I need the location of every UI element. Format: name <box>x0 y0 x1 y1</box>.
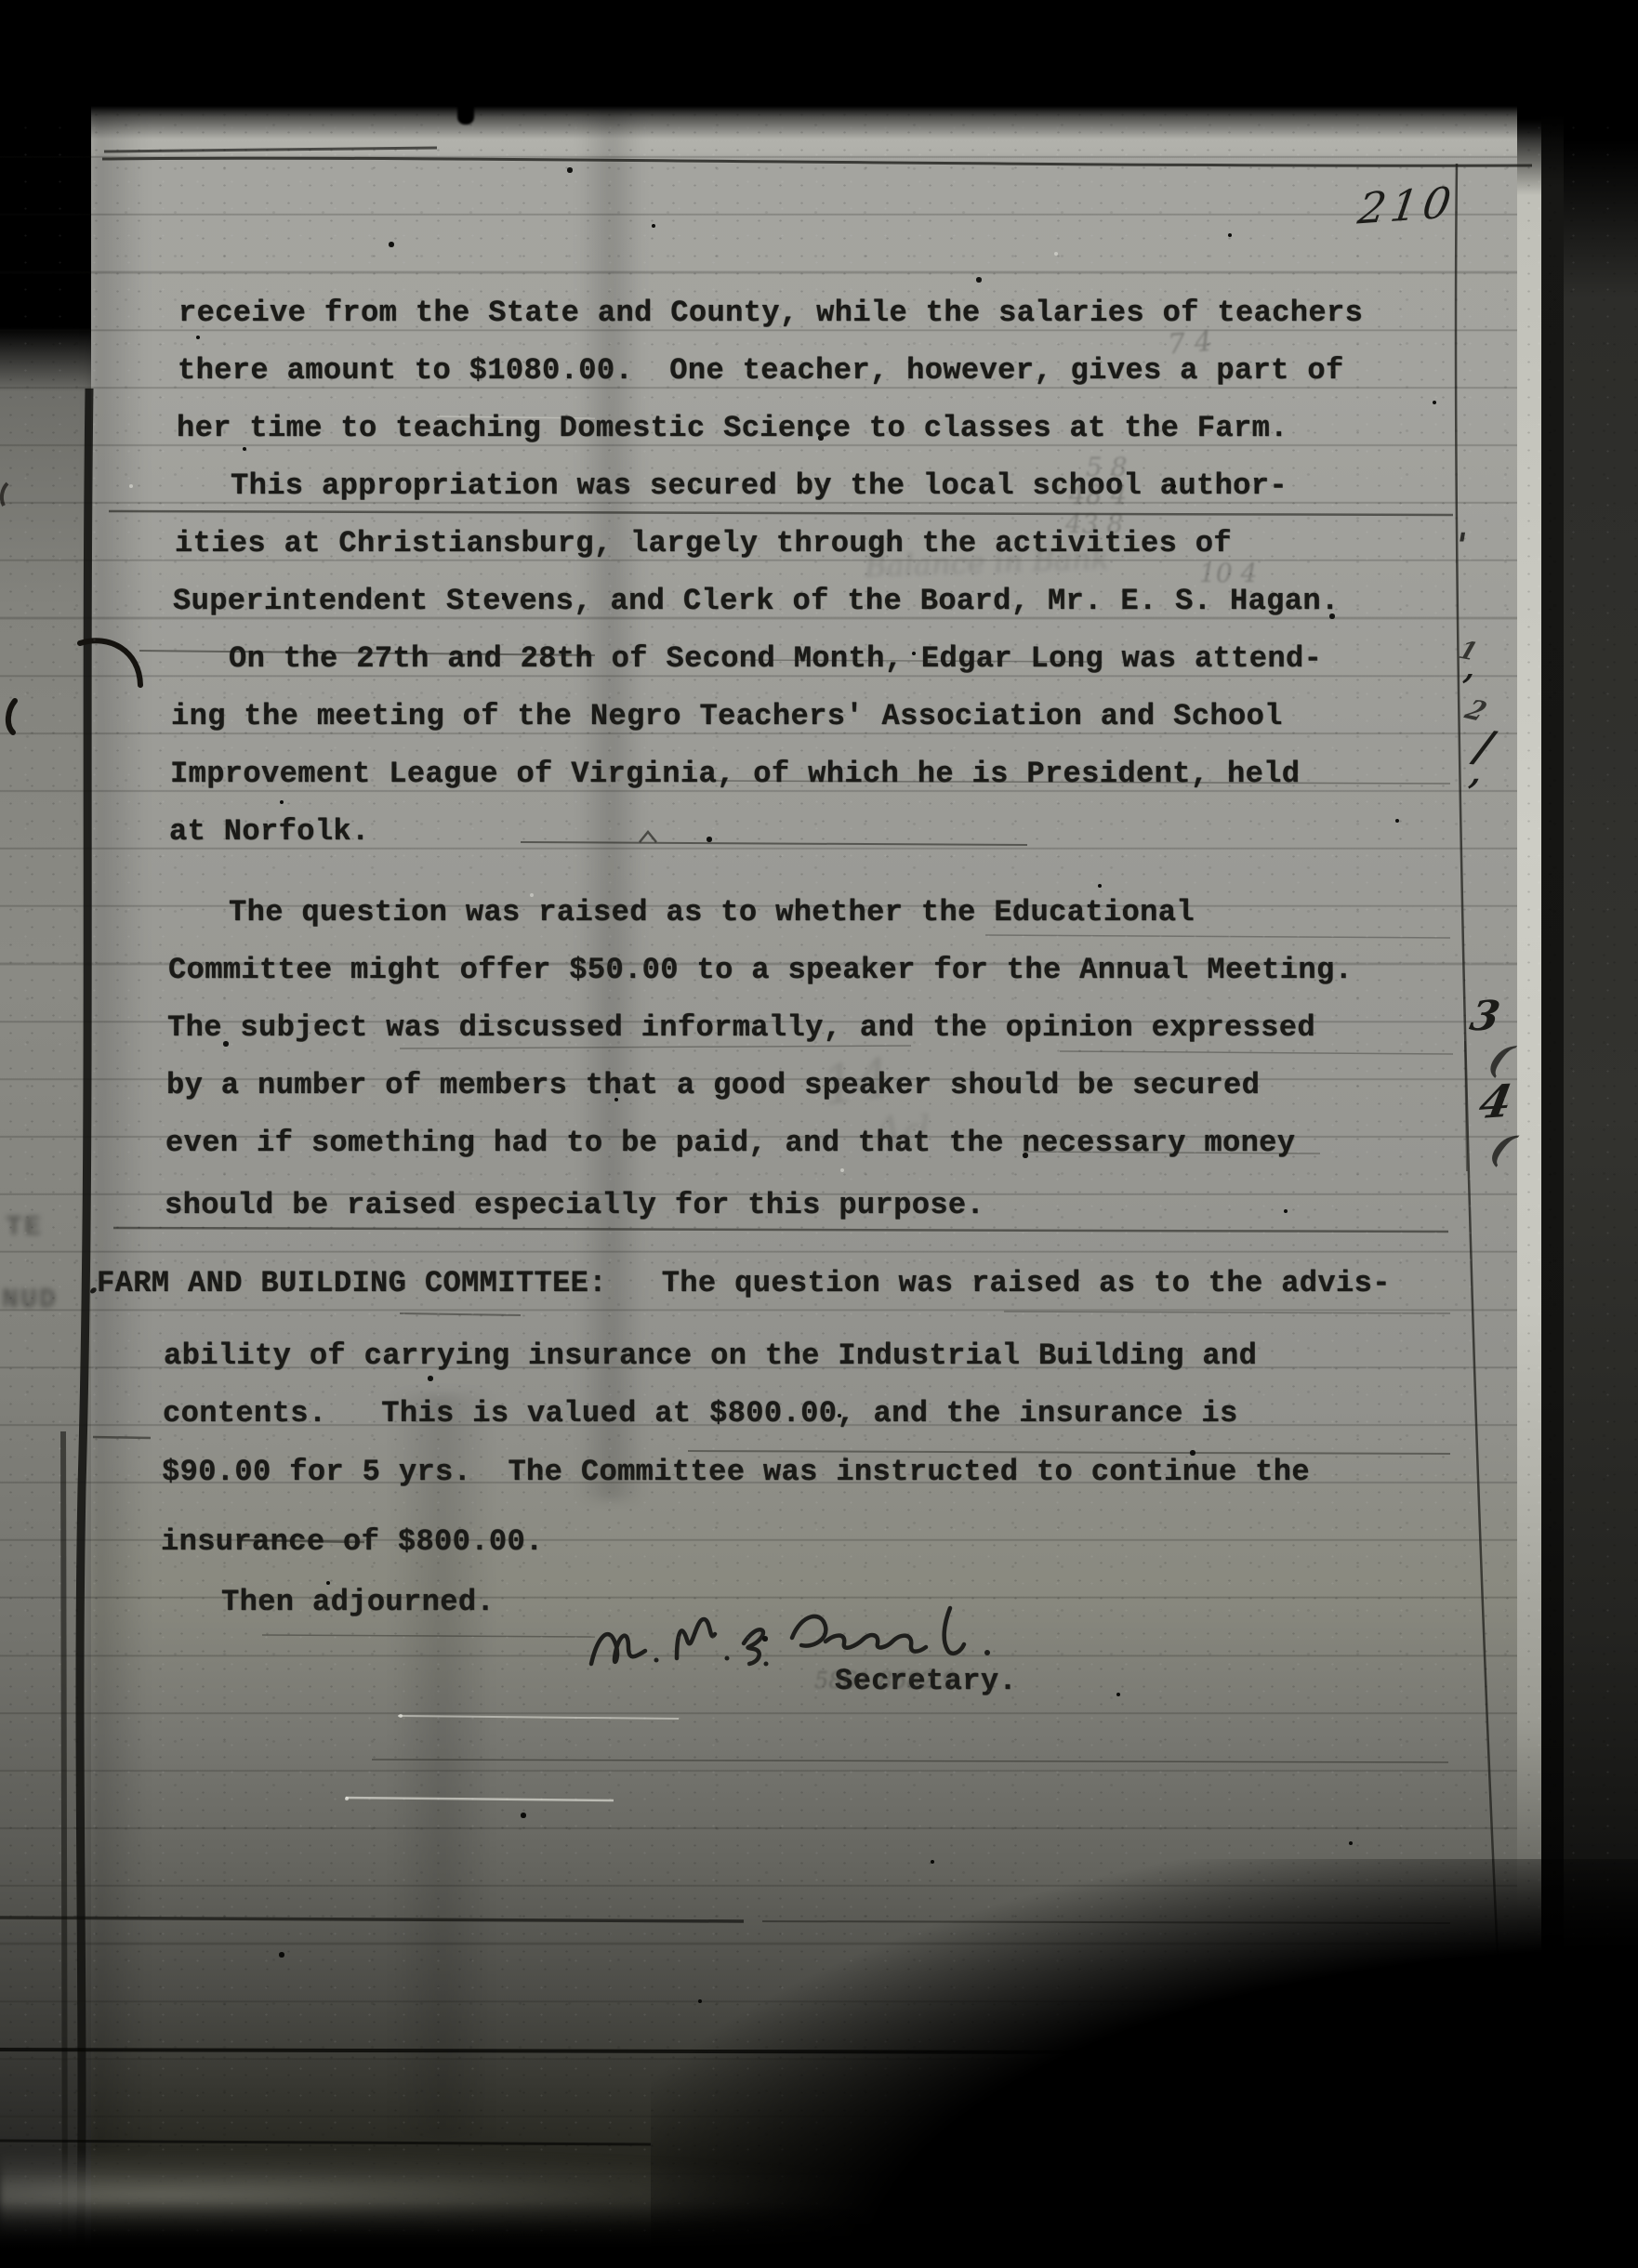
film-top-mask <box>0 0 1638 139</box>
photostat-photo: TENUD <box>0 0 1638 2268</box>
film-bottom-mask <box>0 2201 1638 2268</box>
top-edge-notch <box>457 104 474 125</box>
